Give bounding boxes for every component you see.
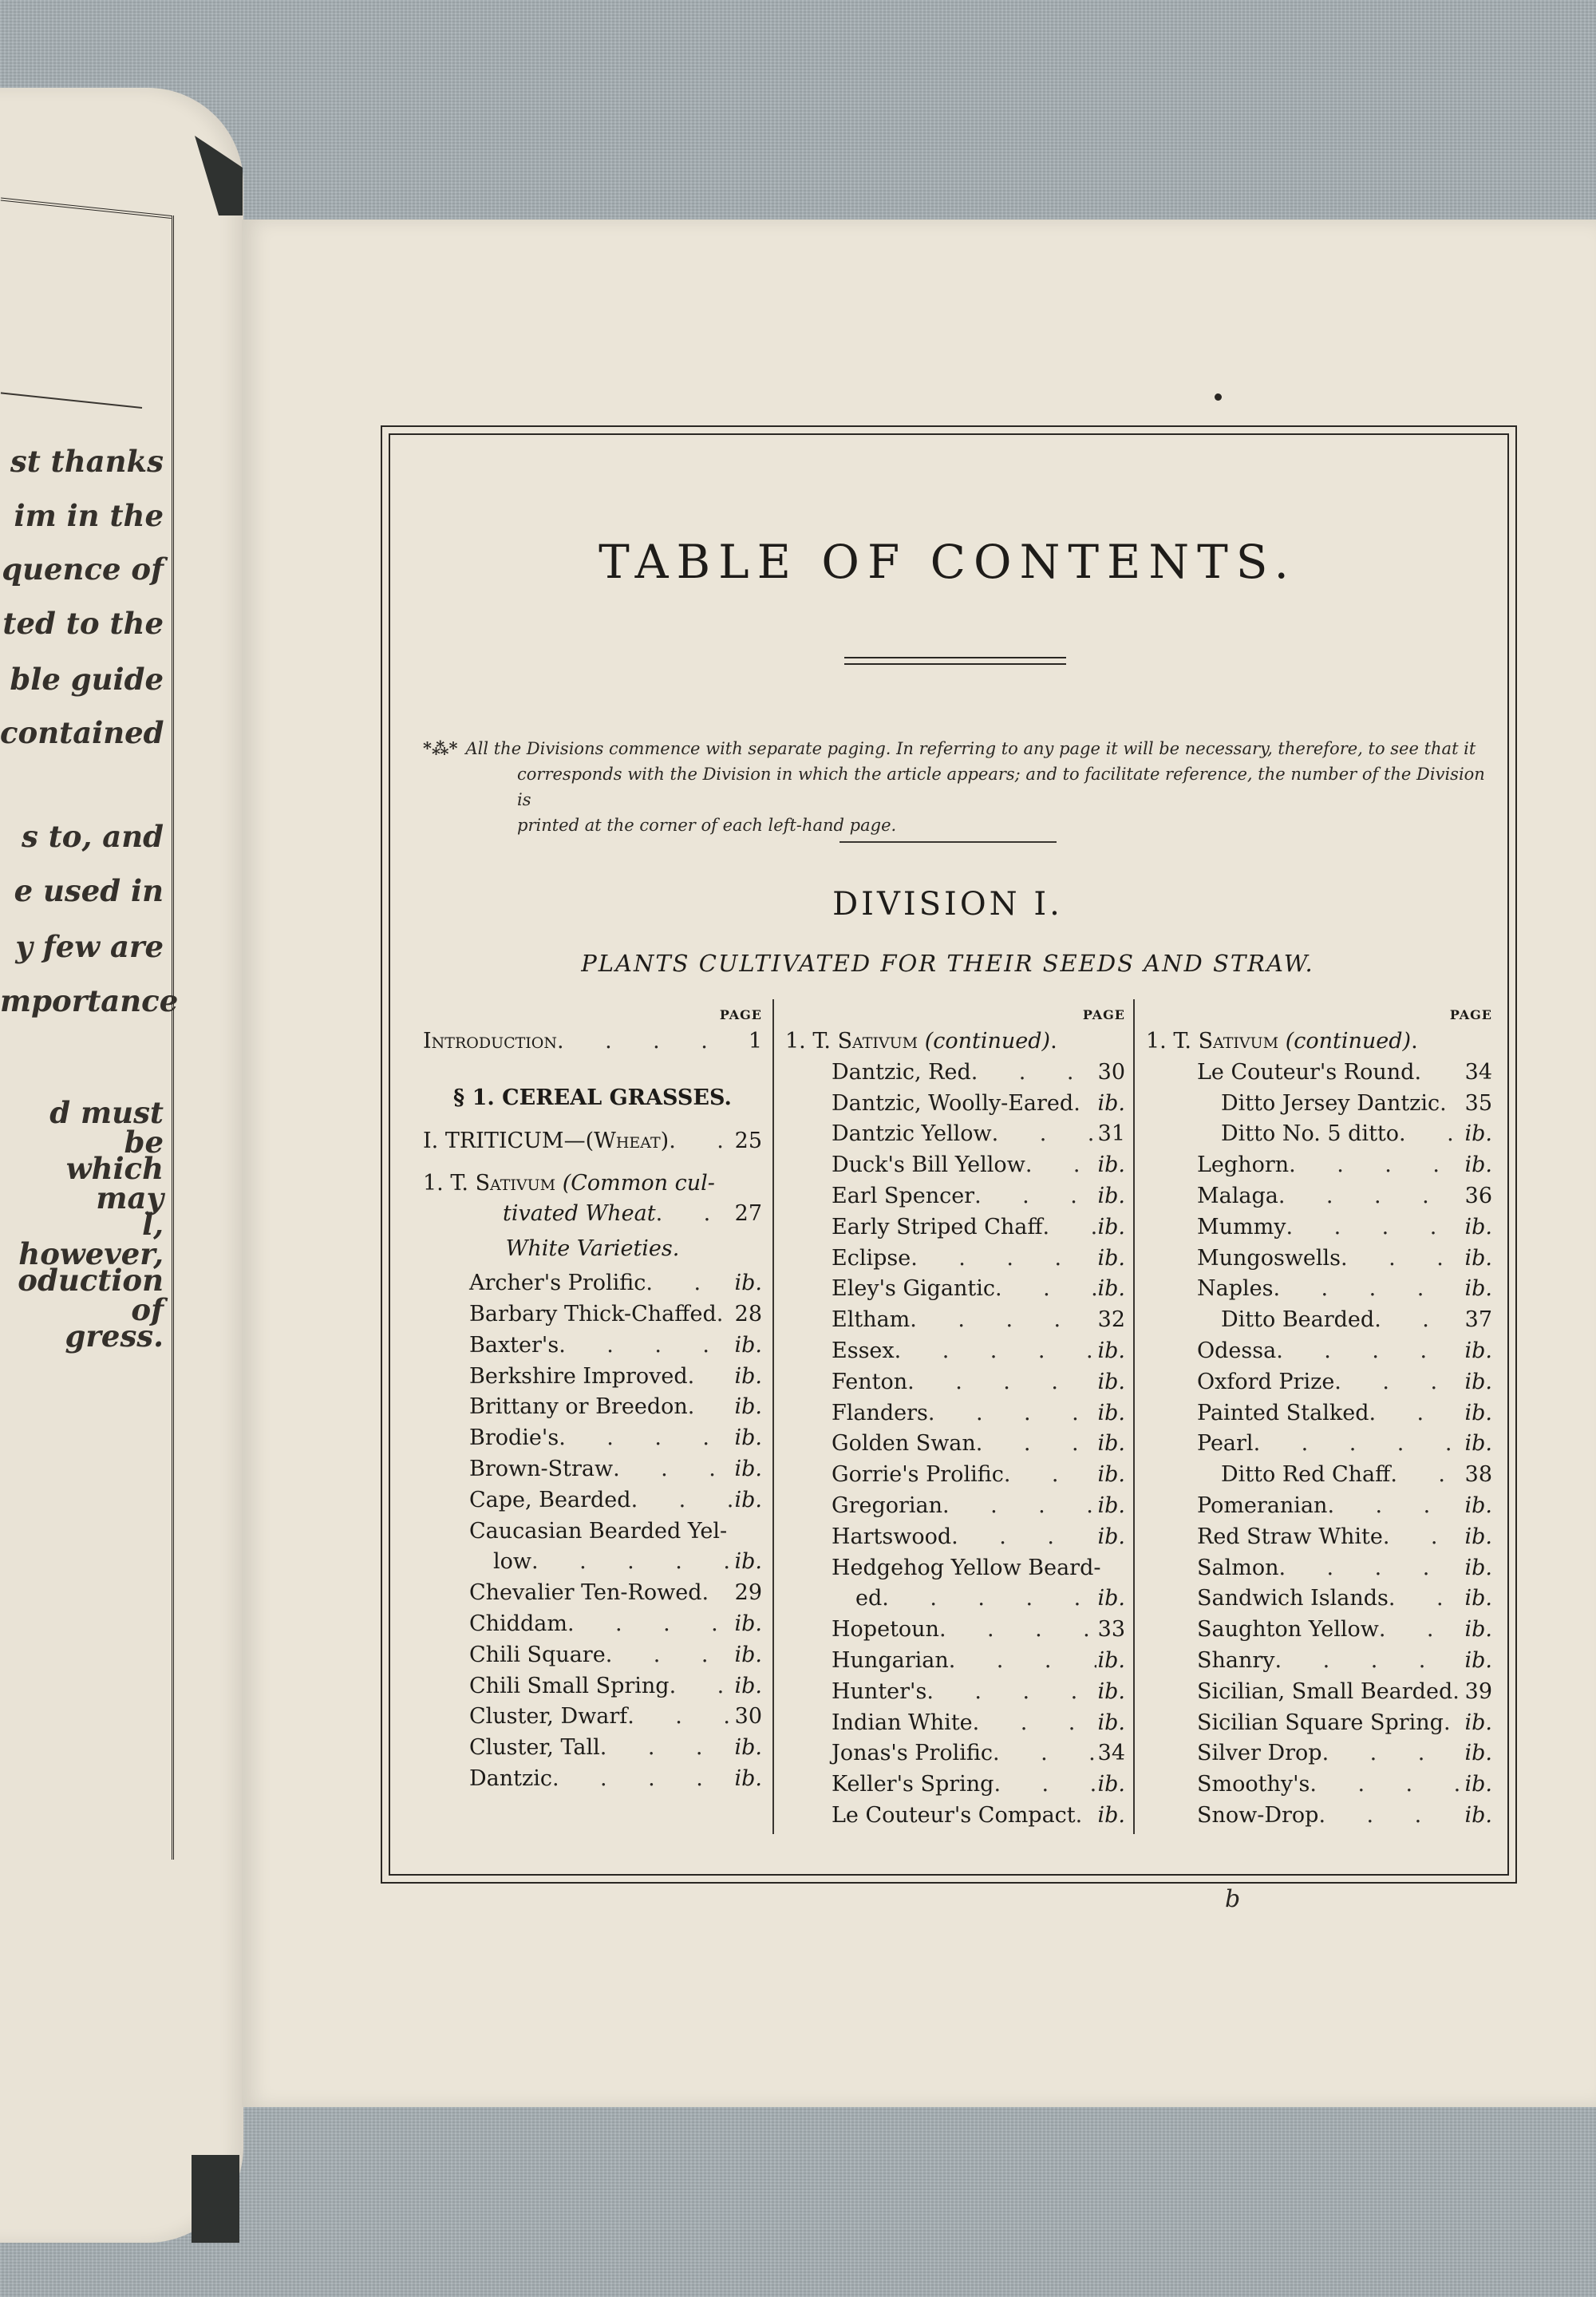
leader-dots: [951, 1522, 1096, 1553]
entry-page: ib.: [1096, 1212, 1125, 1243]
toc-entry[interactable]: Barbary Thick-Chaffed28: [423, 1299, 762, 1330]
entry-name: Eley's Gigantic: [832, 1274, 995, 1305]
variety-list: Le Couteur's Round34Ditto Jersey Dantzic…: [1146, 1058, 1492, 1832]
entry-page: ib.: [1464, 1646, 1492, 1677]
leader-dots: [995, 1274, 1096, 1305]
left-page-line: quence of: [0, 555, 164, 584]
toc-entry[interactable]: Gorrie's Prolificib.: [785, 1460, 1125, 1491]
entry-name: Saughton Yellow: [1197, 1615, 1379, 1646]
entry-name: Brittany or Breedon: [469, 1392, 688, 1423]
entry-name: Odessa: [1197, 1336, 1276, 1367]
entry-page: ib.: [733, 1547, 762, 1578]
toc-entry[interactable]: Eltham32: [785, 1305, 1125, 1336]
entry-name: Hopetoun: [832, 1615, 939, 1646]
toc-entry[interactable]: Chevalier Ten-Rowed29: [423, 1578, 762, 1609]
entry-name: Earl Spencer: [832, 1181, 974, 1212]
left-page-line: contained: [0, 718, 164, 748]
entry-name: Baxter's: [469, 1330, 559, 1362]
entry-name: Cluster, Dwarf: [469, 1702, 627, 1733]
entry-name: Sicilian, Small Bearded: [1197, 1677, 1452, 1708]
toc-entry[interactable]: Ditto No. 5 dittoib.: [1146, 1119, 1492, 1150]
entry-name: Hartswood: [832, 1522, 951, 1553]
entry-page: ib.: [1464, 1491, 1492, 1522]
toc-entry[interactable]: Early Striped Chaffib.: [785, 1212, 1125, 1243]
entry-page: ib.: [1464, 1769, 1492, 1801]
entry-name: Early Striped Chaff: [832, 1212, 1043, 1243]
toc-entry[interactable]: Hunter'sib.: [785, 1677, 1125, 1708]
toc-entry[interactable]: Le Couteur's Compactib.: [785, 1801, 1125, 1832]
toc-entry[interactable]: Hungarianib.: [785, 1646, 1125, 1677]
toc-column-1: PAGE Introduction 1 § 1. CEREAL GRASSES.…: [423, 1004, 762, 1795]
column-divider-1: [772, 999, 774, 1834]
entry-name: Le Couteur's Compact: [832, 1801, 1076, 1832]
entry-name: Flanders: [832, 1398, 928, 1429]
toc-entry[interactable]: Chili Squareib.: [423, 1640, 762, 1671]
toc-entry[interactable]: Cape, Beardedib.: [423, 1485, 762, 1516]
toc-entry[interactable]: Brittany or Breedonib.: [423, 1392, 762, 1423]
leader-dots: [670, 1671, 733, 1702]
entry-name: tivated Wheat: [503, 1199, 656, 1230]
toc-entry[interactable]: Hartswoodib.: [785, 1522, 1125, 1553]
leader-dots: [973, 1708, 1096, 1739]
entry-name: Sandwich Islands: [1197, 1583, 1389, 1615]
entry-page: ib.: [1096, 1460, 1125, 1491]
entry-page: ib.: [1464, 1243, 1492, 1275]
leader-dots: [552, 1764, 733, 1795]
entry-name: Sicilian Square Spring: [1197, 1708, 1444, 1739]
leader-dots: [1452, 1677, 1464, 1708]
section-heading: § 1. CEREAL GRASSES.: [423, 1070, 762, 1126]
entry-name: ed: [855, 1583, 882, 1615]
entry-page: ib.: [1096, 1243, 1125, 1275]
leader-dots: [993, 1738, 1096, 1769]
entry-page: ib.: [1096, 1769, 1125, 1801]
leader-dots: [1379, 1615, 1464, 1646]
page-column-header: PAGE: [785, 1004, 1125, 1026]
entry-page: ib.: [1464, 1367, 1492, 1398]
entry-page: 34: [1096, 1738, 1125, 1769]
left-page-line: d must be: [0, 1098, 164, 1157]
group-heading: 1. T. Sativum (continued).: [785, 1026, 1125, 1058]
entry-page: ib.: [1096, 1491, 1125, 1522]
leader-dots: [882, 1583, 1096, 1615]
entry-page: ib.: [1096, 1677, 1125, 1708]
entry-page: ib.: [1096, 1398, 1125, 1429]
entry-name: Eclipse: [832, 1243, 911, 1275]
toc-entry[interactable]: Hopetoun33: [785, 1615, 1125, 1646]
entry-page: 32: [1096, 1305, 1125, 1336]
entry-name: Duck's Bill Yellow: [832, 1150, 1025, 1181]
paging-note: *⁂*All the Divisions commence with separ…: [423, 736, 1492, 838]
entry-page: ib.: [733, 1423, 762, 1454]
entry-name: Chili Small Spring: [469, 1671, 670, 1702]
entry-page: ib.: [1096, 1801, 1125, 1832]
leader-dots: [994, 1769, 1096, 1801]
toc-entry[interactable]: Dantzic, Woolly-Earedib.: [785, 1089, 1125, 1120]
toc-entry[interactable]: Pomeranianib.: [1146, 1491, 1492, 1522]
toc-entry[interactable]: Le Couteur's Round34: [1146, 1058, 1492, 1089]
entry-page: ib.: [1096, 1336, 1125, 1367]
toc-entry[interactable]: Silver Dropib.: [1146, 1738, 1492, 1769]
toc-column-3: PAGE 1. T. Sativum (continued). Le Coute…: [1146, 1004, 1492, 1832]
toc-entry[interactable]: Indian Whiteib.: [785, 1708, 1125, 1739]
entry-page: ib.: [1464, 1119, 1492, 1150]
species-heading: 1. T. Sativum (Common cul-: [423, 1168, 762, 1200]
entry-page: 1: [733, 1026, 762, 1058]
entry-name: Dantzic: [469, 1764, 552, 1795]
toc-entry[interactable]: lowib.: [423, 1547, 762, 1578]
entry-page: ib.: [1464, 1615, 1492, 1646]
entry-name: Red Straw White: [1197, 1522, 1383, 1553]
toc-entry[interactable]: edib.: [785, 1583, 1125, 1615]
entry-name: Painted Stalked: [1197, 1398, 1369, 1429]
toc-entry[interactable]: Sicilian Square Springib.: [1146, 1708, 1492, 1739]
entry-name: Fenton: [832, 1367, 907, 1398]
toc-entry[interactable]: Salmonib.: [1146, 1553, 1492, 1584]
toc-entry-introduction[interactable]: Introduction 1: [423, 1026, 762, 1058]
entry-name: Indian White: [832, 1708, 973, 1739]
toc-entry[interactable]: Eclipseib.: [785, 1243, 1125, 1275]
entry-name: Chevalier Ten-Rowed: [469, 1578, 701, 1609]
group-heading: 1. T. Sativum (continued).: [1146, 1026, 1492, 1058]
note-line-2: corresponds with the Division in which t…: [423, 761, 1492, 812]
variety-list: Dantzic, Red30Dantzic, Woolly-Earedib.Da…: [785, 1058, 1125, 1832]
asterism-icon: *⁂*: [423, 738, 457, 758]
toc-entry[interactable]: Cluster, Dwarf30: [423, 1702, 762, 1733]
entry-page: ib.: [733, 1609, 762, 1640]
entry-page: 29: [733, 1578, 762, 1609]
leader-dots: [656, 1199, 733, 1230]
entry-page: 25: [733, 1126, 762, 1157]
entry-page: ib.: [1464, 1553, 1492, 1584]
leader-dots: [557, 1026, 733, 1058]
entry-name: low: [493, 1547, 531, 1578]
leader-dots: [992, 1119, 1096, 1150]
leader-dots: [1286, 1212, 1464, 1243]
toc-entry[interactable]: Painted Stalkedib.: [1146, 1398, 1492, 1429]
leader-dots: [971, 1058, 1096, 1089]
entry-page: 38: [1464, 1460, 1492, 1491]
note-rule: [839, 841, 1057, 843]
page-column-header: PAGE: [1146, 1004, 1492, 1026]
entry-name: Shanry: [1197, 1646, 1275, 1677]
entry-name: Chili Square: [469, 1640, 606, 1671]
leader-dots: [701, 1578, 733, 1609]
toc-entry[interactable]: Leghornib.: [1146, 1150, 1492, 1181]
entry-name: Mungoswells: [1197, 1243, 1341, 1275]
entry-name: Gorrie's Prolific: [832, 1460, 1004, 1491]
entry-page: ib.: [1096, 1646, 1125, 1677]
book-spine-bottom: [192, 2155, 239, 2243]
toc-entry[interactable]: Snow-Dropib.: [1146, 1801, 1492, 1832]
entry-name: Brodie's: [469, 1423, 559, 1454]
toc-entry[interactable]: Earl Spencerib.: [785, 1181, 1125, 1212]
leader-dots: [1276, 1336, 1464, 1367]
entry-name: Ditto Bearded: [1221, 1305, 1374, 1336]
entry-name: Salmon: [1197, 1553, 1278, 1584]
entry-name: Archer's Prolific: [469, 1268, 646, 1299]
entry-name: Ditto Jersey Dantzic: [1221, 1089, 1440, 1120]
division-title: DIVISION I.: [399, 886, 1496, 923]
entry-name: Dantzic Yellow: [832, 1119, 992, 1150]
toc-entry[interactable]: Archer's Prolificib.: [423, 1268, 762, 1299]
entry-name: Leghorn: [1197, 1150, 1289, 1181]
toc-entry[interactable]: Naplesib.: [1146, 1274, 1492, 1305]
entry-page: ib.: [1464, 1212, 1492, 1243]
entry-page: ib.: [1464, 1801, 1492, 1832]
entry-name: Introduction: [423, 1026, 557, 1058]
leader-dots: [910, 1305, 1096, 1336]
entry-page: ib.: [733, 1268, 762, 1299]
left-page-line: ted to the: [0, 609, 164, 638]
entry-page: 28: [733, 1299, 762, 1330]
leader-dots: [1076, 1801, 1096, 1832]
leader-dots: [1322, 1738, 1464, 1769]
leader-dots: [907, 1367, 1096, 1398]
leader-dots: [895, 1336, 1096, 1367]
entry-name: Gregorian: [832, 1491, 942, 1522]
toc-entry[interactable]: Keller's Springib.: [785, 1769, 1125, 1801]
leader-dots: [1289, 1150, 1464, 1181]
leader-dots: [1278, 1181, 1464, 1212]
toc-entry[interactable]: Jonas's Prolific34: [785, 1738, 1125, 1769]
toc-entry[interactable]: Sicilian, Small Bearded39: [1146, 1677, 1492, 1708]
toc-entry[interactable]: Baxter'sib.: [423, 1330, 762, 1362]
toc-entry[interactable]: Brown-Strawib.: [423, 1454, 762, 1485]
leader-dots: [1273, 1274, 1464, 1305]
left-page-line: st thanks: [0, 447, 164, 476]
entry-page: ib.: [733, 1764, 762, 1795]
entry-page: 37: [1464, 1305, 1492, 1336]
entry-name: Pomeranian: [1197, 1491, 1327, 1522]
entry-page: 34: [1464, 1058, 1492, 1089]
leader-dots: [1275, 1646, 1464, 1677]
leader-dots: [1390, 1460, 1464, 1491]
entry-name: Barbary Thick-Chaffed: [469, 1299, 717, 1330]
entry-page: 30: [1096, 1058, 1125, 1089]
entry-name: Ditto Red Chaff: [1221, 1460, 1390, 1491]
leader-dots: [942, 1491, 1096, 1522]
variety-list: Archer's Prolificib.Barbary Thick-Chaffe…: [423, 1268, 762, 1795]
toc-entry[interactable]: Ditto Red Chaff38: [1146, 1460, 1492, 1491]
entry-page: ib.: [1464, 1738, 1492, 1769]
entry-name: Hunter's: [832, 1677, 926, 1708]
leader-dots: [1327, 1491, 1464, 1522]
entry-page: 33: [1096, 1615, 1125, 1646]
toc-entry[interactable]: Golden Swanib.: [785, 1429, 1125, 1460]
left-page-line: s to, and: [0, 822, 164, 852]
leader-dots: [600, 1733, 733, 1764]
entry-page: ib.: [1096, 1274, 1125, 1305]
leader-dots: [606, 1640, 733, 1671]
toc-entry[interactable]: Smoothy'sib.: [1146, 1769, 1492, 1801]
toc-entry[interactable]: Sandwich Islandsib.: [1146, 1583, 1492, 1615]
left-page-line: gress.: [0, 1322, 164, 1351]
entry-page: ib.: [1096, 1583, 1125, 1615]
entry-page: ib.: [1464, 1522, 1492, 1553]
entry-name: Pearl: [1197, 1429, 1254, 1460]
leader-dots: [1444, 1708, 1464, 1739]
ink-speck: [1215, 393, 1222, 401]
toc-entry[interactable]: Duck's Bill Yellowib.: [785, 1150, 1125, 1181]
entry-page: 27: [733, 1199, 762, 1230]
entry-name: Jonas's Prolific: [832, 1738, 993, 1769]
entry-name: Le Couteur's Round: [1197, 1058, 1414, 1089]
leader-dots: [669, 1126, 733, 1157]
leader-dots: [974, 1181, 1096, 1212]
entry-name: Snow-Drop: [1197, 1801, 1318, 1832]
entry-name: Cape, Bearded: [469, 1485, 631, 1516]
leader-dots: [1278, 1553, 1464, 1584]
entry-name: Silver Drop: [1197, 1738, 1322, 1769]
page-column-header: PAGE: [423, 1004, 762, 1026]
entry-name: Oxford Prize: [1197, 1367, 1334, 1398]
entry-page: ib.: [1096, 1708, 1125, 1739]
leader-dots: [1254, 1429, 1464, 1460]
toc-entry[interactable]: Mummyib.: [1146, 1212, 1492, 1243]
leader-dots: [1389, 1583, 1464, 1615]
entry-page: ib.: [1464, 1429, 1492, 1460]
toc-entry[interactable]: Malaga36: [1146, 1181, 1492, 1212]
left-page-line: e used in: [0, 876, 164, 906]
toc-entry[interactable]: Mungoswellsib.: [1146, 1243, 1492, 1275]
toc-entry[interactable]: Dantzicib.: [423, 1764, 762, 1795]
leader-dots: [1004, 1460, 1096, 1491]
note-line-3: printed at the corner of each left-hand …: [423, 812, 1492, 838]
toc-entry-name-part: Caucasian Bearded Yel-: [423, 1516, 762, 1548]
note-line-1: All the Divisions commence with separate…: [465, 739, 1476, 758]
entry-page: ib.: [1096, 1181, 1125, 1212]
leader-dots: [1334, 1367, 1464, 1398]
leader-dots: [926, 1677, 1096, 1708]
entry-page: 35: [1464, 1089, 1492, 1120]
entry-page: 36: [1464, 1181, 1492, 1212]
toc-entry-t-sativum[interactable]: tivated Wheat 27: [423, 1199, 762, 1230]
entry-name: I. TRITICUM—(Wheat): [423, 1126, 669, 1157]
leader-dots: [1043, 1212, 1096, 1243]
entry-page: ib.: [733, 1454, 762, 1485]
toc-entry[interactable]: Oxford Prizeib.: [1146, 1367, 1492, 1398]
toc-entry[interactable]: Berkshire Improvedib.: [423, 1362, 762, 1393]
left-page-line: which may: [0, 1154, 164, 1213]
toc-entry[interactable]: Dantzic Yellow31: [785, 1119, 1125, 1150]
toc-entry[interactable]: Odessaib.: [1146, 1336, 1492, 1367]
entry-name: Eltham: [832, 1305, 910, 1336]
toc-entry[interactable]: Chili Small Springib.: [423, 1671, 762, 1702]
entry-name: Dantzic, Red: [832, 1058, 971, 1089]
entry-name: Smoothy's: [1197, 1769, 1310, 1801]
toc-entry[interactable]: Eley's Giganticib.: [785, 1274, 1125, 1305]
entry-name: Golden Swan: [832, 1429, 976, 1460]
signature-mark: b: [1225, 1885, 1240, 1913]
leader-dots: [567, 1609, 733, 1640]
left-page-line: l, however,: [0, 1210, 164, 1269]
toc-entry[interactable]: Pearlib.: [1146, 1429, 1492, 1460]
leader-dots: [1383, 1522, 1464, 1553]
entry-page: ib.: [1464, 1336, 1492, 1367]
leader-dots: [949, 1646, 1096, 1677]
entry-name: Naples: [1197, 1274, 1273, 1305]
entry-page: ib.: [733, 1733, 762, 1764]
leader-dots: [688, 1392, 733, 1423]
toc-entry[interactable]: Brodie'sib.: [423, 1423, 762, 1454]
entry-page: ib.: [733, 1330, 762, 1362]
toc-entry[interactable]: Shanryib.: [1146, 1646, 1492, 1677]
leader-dots: [1414, 1058, 1464, 1089]
leader-dots: [559, 1423, 733, 1454]
leader-dots: [1341, 1243, 1464, 1275]
entry-page: ib.: [733, 1485, 762, 1516]
entry-name: Essex: [832, 1336, 895, 1367]
leader-dots: [1399, 1119, 1464, 1150]
leader-dots: [1073, 1089, 1096, 1120]
entry-page: ib.: [1464, 1583, 1492, 1615]
toc-entry[interactable]: Chiddamib.: [423, 1609, 762, 1640]
toc-entry[interactable]: Saughton Yellowib.: [1146, 1615, 1492, 1646]
leader-dots: [1369, 1398, 1464, 1429]
toc-entry-name-part: Hedgehog Yellow Beard-: [785, 1553, 1125, 1584]
entry-page: 30: [733, 1702, 762, 1733]
entry-page: ib.: [1096, 1429, 1125, 1460]
left-page-line: im in the: [0, 501, 164, 531]
toc-entry[interactable]: Ditto Bearded37: [1146, 1305, 1492, 1336]
leader-dots: [531, 1547, 733, 1578]
entry-name: Cluster, Tall: [469, 1733, 600, 1764]
entry-page: ib.: [733, 1392, 762, 1423]
entry-name: Berkshire Improved: [469, 1362, 688, 1393]
entry-page: ib.: [1464, 1150, 1492, 1181]
toc-entry[interactable]: Dantzic, Red30: [785, 1058, 1125, 1089]
entry-page: ib.: [1096, 1522, 1125, 1553]
entry-name: Ditto No. 5 ditto: [1221, 1119, 1399, 1150]
toc-entry[interactable]: Essexib.: [785, 1336, 1125, 1367]
toc-column-2: PAGE 1. T. Sativum (continued). Dantzic,…: [785, 1004, 1125, 1832]
leader-dots: [631, 1485, 733, 1516]
toc-entry[interactable]: Gregorianib.: [785, 1491, 1125, 1522]
entry-name: Mummy: [1197, 1212, 1286, 1243]
column-divider-2: [1133, 999, 1135, 1834]
page-title: TABLE OF CONTENTS.: [399, 535, 1496, 589]
entry-page: 39: [1464, 1677, 1492, 1708]
entry-page: ib.: [1096, 1150, 1125, 1181]
entry-page: ib.: [733, 1671, 762, 1702]
leader-dots: [688, 1362, 733, 1393]
entry-name: Chiddam: [469, 1609, 567, 1640]
toc-entry[interactable]: Fentonib.: [785, 1367, 1125, 1398]
left-page-line: y few are: [0, 932, 164, 962]
entry-name: Brown-Straw: [469, 1454, 613, 1485]
leader-dots: [1374, 1305, 1464, 1336]
leader-dots: [1440, 1089, 1464, 1120]
leader-dots: [939, 1615, 1096, 1646]
entry-page: ib.: [1096, 1089, 1125, 1120]
subsection-heading: White Varieties.: [423, 1230, 762, 1268]
entry-page: ib.: [733, 1640, 762, 1671]
entry-page: ib.: [1464, 1398, 1492, 1429]
toc-entry[interactable]: Ditto Jersey Dantzic35: [1146, 1089, 1492, 1120]
leader-dots: [559, 1330, 733, 1362]
toc-entry[interactable]: Cluster, Tallib.: [423, 1733, 762, 1764]
entry-name: Keller's Spring: [832, 1769, 994, 1801]
leader-dots: [911, 1243, 1096, 1275]
leader-dots: [613, 1454, 733, 1485]
toc-entry[interactable]: Red Straw Whiteib.: [1146, 1522, 1492, 1553]
entry-page: ib.: [733, 1362, 762, 1393]
toc-entry[interactable]: Flandersib.: [785, 1398, 1125, 1429]
toc-entry-triticum[interactable]: I. TRITICUM—(Wheat) 25: [423, 1126, 762, 1157]
leader-dots: [1318, 1801, 1464, 1832]
division-subtitle: PLANTS CULTIVATED FOR THEIR SEEDS AND ST…: [399, 950, 1496, 977]
